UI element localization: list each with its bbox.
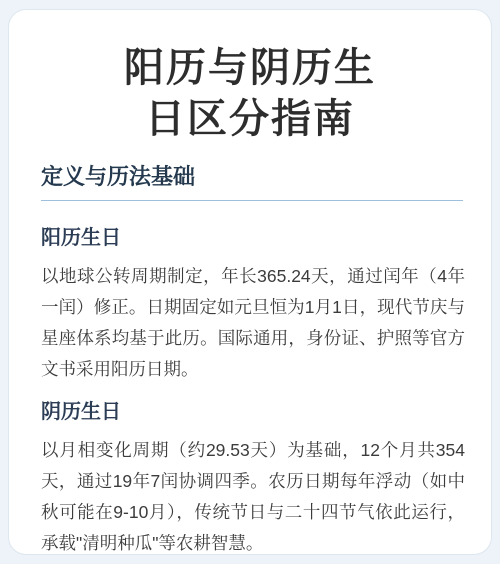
section-heading-definitions: 定义与历法基础 [33, 163, 467, 191]
subheading-lunar-birthday: 阴历生日 [33, 399, 467, 425]
page-title-line1: 阳历与阴历生 [124, 46, 376, 90]
section-divider [41, 200, 463, 201]
paragraph-solar-birthday: 以地球公转周期制定，年长365.24天，通过闰年（4年一闰）修正。日期固定如元旦… [33, 261, 467, 385]
paragraph-lunar-birthday: 以月相变化周期（约29.53天）为基础，12个月共354天，通过19年7闰协调四… [33, 435, 467, 555]
content-card: 阳历与阴历生 日区分指南 定义与历法基础 阳历生日 以地球公转周期制定，年长36… [8, 9, 492, 555]
page-title-line2: 日区分指南 [145, 97, 355, 141]
subheading-solar-birthday: 阳历生日 [33, 225, 467, 251]
page-title: 阳历与阴历生 日区分指南 [33, 43, 467, 145]
